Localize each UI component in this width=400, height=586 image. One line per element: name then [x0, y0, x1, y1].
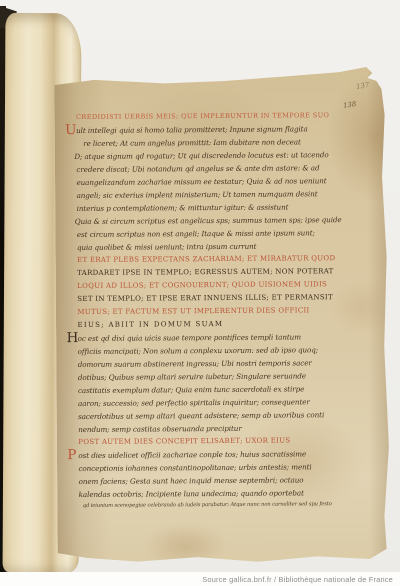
manuscript-line: conceptionis iohannes constantinopolitan…: [78, 462, 311, 473]
manuscript-line: Post dies uidelicet officii zachariae co…: [78, 449, 306, 460]
manuscript-line: TARDARET IPSE IN TEMPLO; EGRESSUS AUTEM;…: [77, 267, 334, 277]
manuscript-line: ET ERAT PLEBS EXPECTANS ZACHARIAM; ET MI…: [77, 254, 335, 264]
manuscript-line-text: credere discat; Ubi notandum qd angelus …: [76, 163, 319, 174]
manuscript-line-text: re liceret; At cum angelus promittit: Ia…: [83, 137, 301, 148]
manuscript-line-text: MUTUS; ET FACTUM EST UT IMPLERENTUR DIES…: [77, 306, 309, 316]
illuminated-initial: P: [67, 449, 76, 463]
manuscript-line: D; atque signum qd rogatur; Ut qui discr…: [74, 150, 328, 161]
manuscript-line: EIUS; ABIIT IN DOMUM SUAM: [77, 320, 223, 329]
manuscript-line: kalendas octobris; Incipiente luna undec…: [79, 488, 304, 499]
manuscript-line-text: ost dies uidelicet officii zachariae con…: [78, 449, 306, 460]
manuscript-line: Quia & si circum scriptus est angelicus …: [75, 215, 342, 226]
manuscript-line-text: Quia & si circum scriptus est angelicus …: [75, 215, 342, 226]
manuscript-line: officiis mancipati; Non solum a conplexu…: [78, 345, 318, 356]
manuscript-line: euangelizandum zachariae missum ee testa…: [76, 176, 326, 187]
manuscript-text-block: CREDIDISTI UERBIS MEIS; QUE IMPLEBUNTUR …: [76, 111, 357, 523]
scanned-manuscript-photo: CREDIDISTI UERBIS MEIS; QUE IMPLEBUNTUR …: [0, 0, 400, 586]
manuscript-line: POST AUTEM DIES CONCEPIT ELISABET; UXOR …: [78, 437, 290, 446]
manuscript-line-text: sacerdotibus ut semp altari queant adsis…: [78, 410, 324, 421]
manuscript-line-text: SET IN TEMPLO; ET IPSE ERAT INNUENS ILLI…: [77, 293, 333, 303]
manuscript-line-text: est circum scriptus non est angeli; Itaq…: [77, 228, 315, 239]
manuscript-line-text: quia quolibet & missi ueniunt; intra ips…: [77, 242, 257, 252]
manuscript-line-text: ult intellegi quia si homo talia promitt…: [76, 124, 308, 135]
manuscript-line: sacerdotibus ut semp altari queant adsis…: [78, 410, 324, 421]
manuscript-line-text: POST AUTEM DIES CONCEPIT ELISABET; UXOR …: [78, 437, 290, 446]
manuscript-line-text: officiis mancipati; Non solum a conplexu…: [78, 345, 318, 356]
manuscript-line: CREDIDISTI UERBIS MEIS; QUE IMPLEBUNTUR …: [76, 111, 329, 121]
manuscript-line-text: kalendas octobris; Incipiente luna undec…: [79, 488, 304, 499]
manuscript-line: angeli; sic exterius implent ministerium…: [77, 189, 318, 200]
manuscript-line-text: dotibus; Quibus semp altari seruire iube…: [78, 371, 306, 382]
manuscript-line: onem faciens; Gesta sunt haec inquid men…: [79, 475, 304, 486]
manuscript-line: interius p contemplationem; & mittuntur …: [77, 203, 289, 213]
manuscript-line-text: oc est qd dixi quia uicis suae tempore p…: [78, 332, 301, 343]
manuscript-line-text: domorum suarum abstinerent ingressu; Ubi…: [78, 358, 312, 369]
manuscript-line: LOQUI AD ILLOS; ET COGNOUERUNT; QUOD UIS…: [77, 280, 327, 290]
manuscript-line: quia quolibet & missi ueniunt; intra ips…: [77, 242, 257, 252]
manuscript-line-text: aaron; successio; sed perfectio spirital…: [78, 397, 310, 408]
manuscript-line: est circum scriptus non est angeli; Itaq…: [77, 228, 315, 239]
manuscript-line: re liceret; At cum angelus promittit: Ia…: [83, 137, 301, 148]
manuscript-line-text: qd ieiunium scenopegiae celebrando ab iu…: [83, 501, 332, 509]
manuscript-line: domorum suarum abstinerent ingressu; Ubi…: [78, 358, 312, 369]
manuscript-line-text: onem faciens; Gesta sunt haec inquid men…: [79, 475, 304, 486]
manuscript-line-text: ET ERAT PLEBS EXPECTANS ZACHARIAM; ET MI…: [77, 254, 335, 264]
manuscript-line-text: nendum; semp castitas obseruanda precipi…: [78, 424, 241, 434]
manuscript-line-text: conceptionis iohannes constantinopolitan…: [78, 462, 311, 473]
manuscript-line: MUTUS; ET FACTUM EST UT IMPLERENTUR DIES…: [77, 306, 309, 316]
manuscript-line-text: castitatis exemplum datur; Quia enim tun…: [78, 384, 304, 395]
manuscript-line: aaron; successio; sed perfectio spirital…: [78, 397, 310, 408]
manuscript-line-text: angeli; sic exterius implent ministerium…: [77, 189, 318, 200]
manuscript-line: nendum; semp castitas obseruanda precipi…: [78, 424, 241, 434]
manuscript-line: dotibus; Quibus semp altari seruire iube…: [78, 371, 306, 382]
manuscript-line: castitatis exemplum datur; Quia enim tun…: [78, 384, 304, 395]
manuscript-line: Hoc est qd dixi quia uicis suae tempore …: [78, 332, 301, 343]
source-attribution-text: Source gallica.bnf.fr / Bibliothèque nat…: [202, 575, 393, 584]
manuscript-line: SET IN TEMPLO; ET IPSE ERAT INNUENS ILLI…: [77, 293, 333, 303]
manuscript-line: credere discat; Ubi notandum qd angelus …: [76, 163, 319, 174]
manuscript-line: Uult intellegi quia si homo talia promit…: [76, 124, 308, 135]
manuscript-line-text: TARDARET IPSE IN TEMPLO; EGRESSUS AUTEM;…: [77, 267, 334, 277]
illuminated-initial: U: [65, 124, 76, 138]
manuscript-line-text: LOQUI AD ILLOS; ET COGNOUERUNT; QUOD UIS…: [77, 280, 327, 290]
illuminated-initial: H: [67, 332, 79, 346]
manuscript-line-text: EIUS; ABIIT IN DOMUM SUAM: [77, 320, 223, 329]
manuscript-line: qd ieiunium scenopegiae celebrando ab iu…: [83, 501, 332, 509]
manuscript-line-text: CREDIDISTI UERBIS MEIS; QUE IMPLEBUNTUR …: [76, 111, 329, 121]
source-bar: Source gallica.bnf.fr / Bibliothèque nat…: [0, 572, 400, 586]
manuscript-line-text: D; atque signum qd rogatur; Ut qui discr…: [74, 150, 328, 161]
manuscript-line-text: euangelizandum zachariae missum ee testa…: [76, 176, 326, 187]
manuscript-line-text: interius p contemplationem; & mittuntur …: [77, 203, 289, 213]
